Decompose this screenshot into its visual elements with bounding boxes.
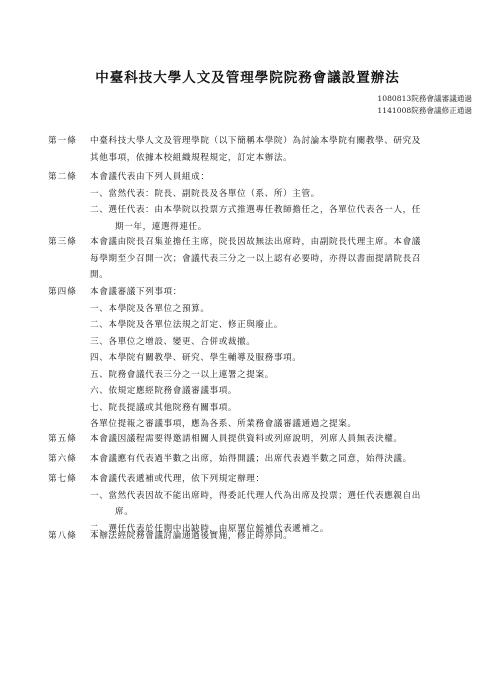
article-label: 第六條 — [48, 451, 88, 468]
article-8: 第八條 本辦法經院務會議討論通過後實施，修正時亦同。 — [48, 528, 468, 545]
article-item: 二、本學院及各單位法規之訂定、修正與廢止。 — [90, 317, 468, 334]
article-6: 第六條 本會議應有代表過半數之出席，始得開議；出席代表過半數之同意，始得決議。 — [48, 451, 468, 468]
history-line: 1080813院務會議審議通過 — [377, 93, 472, 105]
article-item: 三、各單位之增設、變更、合併或裁撤。 — [90, 334, 468, 351]
article-item: 六、依規定應經院務會議審議事項。 — [90, 383, 468, 400]
article-text: 本會議代表由下列人員組成： — [90, 169, 468, 186]
article-5: 第五條 本會議因議程需要得邀請相關人員提供資料或列席說明，列席人員無表決權。 — [48, 431, 468, 448]
article-text: 其他事項，依據本校組織規程規定，訂定本辦法。 — [90, 150, 468, 167]
history-line: 1141008院務會議修正通過 — [377, 105, 472, 117]
article-item: 五、院務會議代表三分之一以上連署之提案。 — [90, 367, 468, 384]
article-item: 一、當然代表因故不能出席時，得委託代理人代為出席及投票；選任代表應親自出 — [90, 488, 468, 505]
article-item-continuation: 席。 — [90, 504, 468, 521]
article-text: 本會議代表遞補或代理，依下列規定辦理： — [90, 471, 468, 488]
article-text: 本會議審議下列事項： — [90, 284, 468, 301]
article-label: 第四條 — [48, 284, 88, 301]
article-2: 第二條 本會議代表由下列人員組成： 一、當然代表：院長、副院長及各單位（系、所）… — [48, 169, 468, 235]
article-label: 第八條 — [48, 528, 88, 545]
article-item: 一、本學院及各單位之預算。 — [90, 301, 468, 318]
article-text: 每學期至少召開一次；會議代表三分之一以上認有必要時，亦得以書面提請院長召 — [90, 251, 468, 268]
article-text: 中臺科技大學人文及管理學院（以下簡稱本學院）為討論本學院有關教學、研究及 — [90, 133, 468, 150]
article-label: 第一條 — [48, 133, 88, 150]
article-item: 一、當然代表：院長、副院長及各單位（系、所）主管。 — [90, 186, 468, 203]
article-item: 四、本學院有關教學、研究、學生輔導及服務事項。 — [90, 350, 468, 367]
article-text: 本會議應有代表過半數之出席，始得開議；出席代表過半數之同意，始得決議。 — [90, 451, 468, 468]
article-text: 本會議因議程需要得邀請相關人員提供資料或列席說明，列席人員無表決權。 — [90, 431, 468, 448]
article-4: 第四條 本會議審議下列事項： 一、本學院及各單位之預算。 二、本學院及各單位法規… — [48, 284, 468, 433]
article-item: 二、選任代表：由本學院以投票方式推選專任教師擔任之，各單位代表各一人，任 — [90, 202, 468, 219]
document-page: 中臺科技大學人文及管理學院院務會議設置辦法 1080813院務會議審議通過 11… — [0, 0, 495, 700]
article-3: 第三條 本會議由院長召集並擔任主席，院長因故無法出席時，由副院長代理主席。本會議… — [48, 234, 468, 284]
article-label: 第二條 — [48, 169, 88, 186]
article-text: 開。 — [90, 267, 468, 284]
article-item: 七、院長提議或其他院務有關事項。 — [90, 400, 468, 417]
document-title: 中臺科技大學人文及管理學院院務會議設置辦法 — [0, 66, 495, 86]
article-label: 第三條 — [48, 234, 88, 251]
article-text: 本辦法經院務會議討論通過後實施，修正時亦同。 — [90, 528, 468, 545]
article-label: 第七條 — [48, 471, 88, 488]
article-text: 本會議由院長召集並擔任主席，院長因故無法出席時，由副院長代理主席。本會議 — [90, 234, 468, 251]
article-label: 第五條 — [48, 431, 88, 448]
article-1: 第一條 中臺科技大學人文及管理學院（以下簡稱本學院）為討論本學院有關教學、研究及… — [48, 133, 468, 166]
amendment-history: 1080813院務會議審議通過 1141008院務會議修正通過 — [377, 93, 472, 117]
article-item-continuation: 期一年，連選得連任。 — [90, 219, 468, 236]
